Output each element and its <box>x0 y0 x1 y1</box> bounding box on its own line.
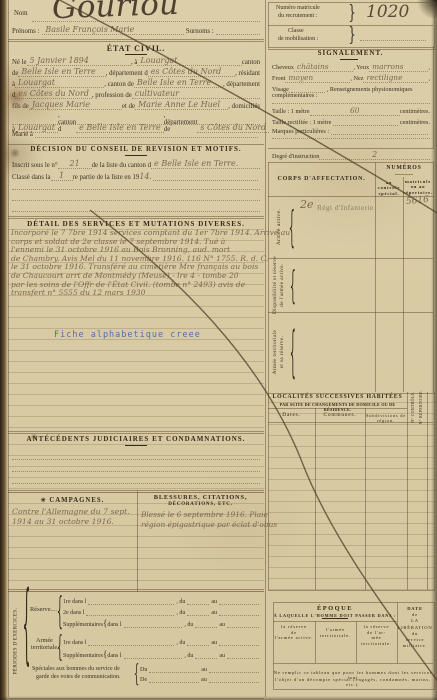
printed-text: Classé dans la <box>12 174 51 181</box>
dotted-line <box>124 619 183 628</box>
prenoms-label: Prénoms : <box>12 28 39 35</box>
dotted-line <box>227 650 259 659</box>
prenoms-value: Basile François Marie <box>42 26 137 35</box>
territoriale-label-1: Armée territoriale <box>272 330 278 375</box>
brace: { <box>290 320 296 384</box>
dotted-line <box>12 483 260 484</box>
printed-text: Taille : 1 mètre <box>272 109 310 116</box>
side-col-controle: N° CONTRÔLE. <box>411 391 415 422</box>
decision-line2: Classé dans la 1 re partie de la liste e… <box>12 172 260 181</box>
disponibilite-label-1: Disponibilité et réserve <box>272 256 278 314</box>
etat-civil-title: ÉTAT CIVIL. <box>8 44 264 53</box>
corps-row-divider <box>268 312 433 313</box>
hand-text: rectiligne <box>363 74 428 83</box>
printed-text: Inscrit sous le n° <box>12 162 58 169</box>
dotted-line <box>216 26 260 35</box>
col-controle-header: au contrôle spécial. <box>375 180 403 196</box>
printed-text: , domiciliés <box>228 103 260 110</box>
col-dates: Dates. <box>268 412 315 418</box>
corps-header: CORPS D'AFFECTATION. <box>268 176 375 182</box>
dotted-line <box>153 172 258 181</box>
dotted-line <box>333 117 398 126</box>
printed-text: , <box>428 65 430 72</box>
services-title: DÉTAIL DES SERVICES ET MUTATIONS DIVERSE… <box>8 220 264 228</box>
signalement-front-row: Front moyen , Nez rectiligne , <box>272 74 430 83</box>
services-handwriting: Incorporé le 7 7bre 1914 services compta… <box>11 229 263 298</box>
dotted-line <box>187 637 209 646</box>
dotted-line <box>195 619 217 628</box>
printed-text: l'armée active. <box>273 635 315 641</box>
ornament-rule <box>125 155 147 156</box>
territoriale-row-1: 1re dans l , du au <box>63 637 261 646</box>
signalement-cheveux-row: Cheveux châtains , Yeux marrons , <box>272 63 430 72</box>
surnoms-label: Surnoms : <box>186 28 214 35</box>
periodes-side-label: PÉRIODES D'EXERCICES. <box>14 608 19 675</box>
ornament-rule <box>125 54 147 55</box>
printed-text: dans l <box>107 653 121 659</box>
hand-text: 14 <box>139 173 149 181</box>
printed-text: contrôle <box>375 185 403 190</box>
military-record-sheet: Nom Gouriou Prénoms : Basile François Ma… <box>0 0 437 700</box>
printed-text: spécial. <box>375 191 403 196</box>
etat-civil-line4: d es Côtes du Nord , profession de culti… <box>12 90 260 99</box>
dotted-line <box>227 619 259 628</box>
active-entry-num: 2e <box>300 198 314 211</box>
marques-row: Marques particulières : <box>272 126 430 135</box>
reserve-label: Réserve.... <box>30 606 57 613</box>
printed-text: , canton de <box>104 81 134 88</box>
dotted-line <box>219 637 259 646</box>
speciales-row-1: Du au <box>140 664 261 673</box>
printed-text: fils de <box>12 103 29 110</box>
col-communes: Communes. <box>315 412 365 418</box>
localites-title: LOCALITÉS SUCCESSIVES HABITÉES <box>268 394 407 400</box>
dotted-line <box>187 607 209 616</box>
territoriale-label-2: territoriale. <box>31 644 59 651</box>
printed-text: mée territoriale. <box>356 635 397 646</box>
nom-label: Nom <box>14 10 28 17</box>
localites-v3 <box>407 392 408 590</box>
brace: { <box>57 589 63 632</box>
dotted-line <box>219 596 259 605</box>
hand-text: cultivateur <box>132 90 260 99</box>
brace: { <box>134 660 140 689</box>
dotted-line <box>187 596 209 605</box>
epoque-col1: la réserve de l'armée active. <box>273 624 315 641</box>
dotted-line <box>272 138 430 139</box>
printed-text: au <box>219 653 225 659</box>
printed-text: , du <box>184 622 193 628</box>
brace: { <box>290 263 296 308</box>
brace: } <box>348 24 355 47</box>
dotted-line <box>209 664 259 673</box>
printed-text: de la liste du canton d <box>92 162 151 169</box>
printed-text: au <box>219 622 225 628</box>
dotted-line <box>12 200 260 201</box>
printed-text: répertoire. <box>403 190 433 195</box>
marie-row: Marié à <box>12 129 260 138</box>
hand-text: moyen <box>285 74 350 83</box>
date-liberation-col: DATE de LA LIBÉRATION du service militai… <box>397 606 433 649</box>
printed-text: 2e dans l <box>63 610 84 616</box>
printed-text: , profession de <box>92 92 132 99</box>
territoriale-row-suppl: Supplémentaires { dans l , du au <box>63 650 261 659</box>
printed-text: au <box>211 640 217 646</box>
brace: { <box>57 630 63 664</box>
hand-text: 60 <box>310 107 400 116</box>
col-subdivisions: Subdivisions de région. <box>365 413 407 423</box>
printed-text: , <box>428 76 430 83</box>
printed-text: Du <box>140 667 147 673</box>
printer-ornament: ✳ <box>41 498 47 504</box>
printed-text: , résidant <box>235 70 260 77</box>
printed-text: au <box>211 599 217 605</box>
decision-title: DÉCISION DU CONSEIL DE REVISION ET MOTIF… <box>8 145 264 153</box>
printed-text: , du <box>176 640 185 646</box>
alphabetic-card-stamp: Fiche alphabetique creee <box>54 330 201 340</box>
printed-text: , Renseignements physionomiques <box>327 87 413 94</box>
printed-text: Supplémentaires <box>63 622 103 628</box>
printed-text: , du <box>176 610 185 616</box>
localites-v4 <box>427 392 428 590</box>
epoque-col2: l'armée territoriale. <box>315 627 356 638</box>
decision-line1: Inscrit sous le n° 21 de la liste du can… <box>12 160 260 169</box>
hand-text: 5 Janvier 1894 <box>27 57 131 66</box>
hand-text: 1 <box>51 172 73 181</box>
dotted-line <box>86 607 174 616</box>
dotted-line <box>12 471 260 472</box>
etat-civil-line5: fils de Jacques Marie et de Marie Anne L… <box>12 101 260 110</box>
campagnes-title-text: CAMPAGNES. <box>49 497 104 504</box>
printed-text: au <box>201 667 207 673</box>
printed-text: 1re dans l <box>63 640 86 646</box>
hand-line: Blessé le 6 septembre 1916. Plaie <box>141 510 268 519</box>
etat-civil-line3: à Louargat , canton de Belle Isle en Ter… <box>12 79 260 88</box>
side-col-repertoire: N° RÉPERTOIRE. <box>419 390 423 424</box>
campagnes-title: ✳ CAMPAGNES. <box>8 497 137 504</box>
epoque-title: ÉPOQUE <box>273 605 397 612</box>
hand-text: Louargat <box>15 79 104 88</box>
dotted-line <box>331 126 428 135</box>
printed-text: De <box>140 677 147 683</box>
matricule-value: 1020 <box>366 2 409 22</box>
etat-civil-line1: Né le 5 Janvier 1894 , à Louargat canton <box>12 57 260 66</box>
printed-text: dans l <box>107 622 121 628</box>
territoriale-label-2: et sa réserve. <box>279 336 285 369</box>
printed-text: centimètres. <box>400 109 430 116</box>
hand-text: Jacques Marie <box>29 101 122 110</box>
disponibilite-label-2: de l'armée active. <box>279 263 285 306</box>
numeros-sub-divider <box>403 177 404 392</box>
active-entry: Régt d'Infanterie <box>317 204 374 212</box>
printed-text: , département d <box>106 70 148 77</box>
printed-text: , département <box>223 81 260 88</box>
printed-text: , Yeux <box>353 65 369 72</box>
hand-text: es Côtes du Nord <box>15 90 92 99</box>
campagnes-cell <box>8 490 138 592</box>
hand-text: es Côtes du Nord <box>148 68 235 77</box>
hand-text: Belle Isle en Terre <box>18 68 105 77</box>
dotted-line <box>12 459 260 460</box>
dotted-line <box>12 189 260 190</box>
dotted-line <box>149 664 199 673</box>
epoque-note-2: l'objet d'un décompte spécial (engagés, … <box>273 677 433 687</box>
dotted-line <box>149 674 199 683</box>
dotted-line <box>88 596 174 605</box>
ornament-rule <box>125 445 147 446</box>
localites-header-bottom <box>268 422 433 423</box>
dotted-line <box>209 674 259 683</box>
armee-active-label: Armée active. <box>276 209 282 246</box>
dotted-line <box>195 650 217 659</box>
printed-text: , du <box>184 653 193 659</box>
hand-text: e Belle Isle en Terre. <box>151 160 260 169</box>
brace: } <box>348 2 355 25</box>
hand-line: Contre l'Allemagne du 7 sept. <box>12 507 130 516</box>
complementaires-label: complémentaires : <box>272 92 318 99</box>
reserve-row-suppl: Supplémentaires { dans l , du au <box>63 619 261 628</box>
instruction-label: Degré d'instruction <box>272 154 319 161</box>
printed-text: 1re dans l <box>63 599 86 605</box>
localites-v2 <box>365 408 366 590</box>
dotted-line <box>360 40 426 41</box>
left-spine-shadow <box>0 0 8 700</box>
hand-text: marrons <box>369 63 428 72</box>
classe-label-1: Classe <box>288 28 304 34</box>
printed-text: service militaire. <box>397 637 433 649</box>
dotted-line <box>219 607 259 616</box>
reserve-row-2: 2e dans l , du au <box>63 607 261 616</box>
printed-text: Front <box>272 76 285 83</box>
prenoms-row: Prénoms : Basile François Marie Surnoms … <box>12 26 262 35</box>
nom-signature: Gouriou <box>51 0 179 26</box>
instruction-value: 2 <box>319 151 430 160</box>
brace: { <box>22 578 30 677</box>
classe-label-2: de mobilisation : <box>278 36 318 42</box>
hand-text: Marie Anne Le Huel <box>135 101 228 110</box>
taille-rectifiee-row: Taille rectifiée : 1 mètre centimètres. <box>272 117 430 126</box>
printed-text: au <box>201 677 207 683</box>
epoque-col3: la réserve de l'ar- mée territoriale. <box>356 624 397 646</box>
printed-text: et de <box>122 103 135 110</box>
speciales-row-2: De au <box>140 674 261 683</box>
taille-row: Taille : 1 mètre 60 centimètres. <box>272 107 430 116</box>
hand-text: 21 <box>58 160 92 169</box>
numeros-underline <box>395 174 413 175</box>
etat-civil-line2: de Belle Isle en Terre , département d e… <box>12 68 260 77</box>
dotted-line <box>35 129 258 138</box>
matricule-label-2: du recrutement : <box>278 13 317 19</box>
printed-text: Né le <box>12 59 27 66</box>
antecedents-title: ANTÉCÉDENTS JUDICIAIRES ET CONDAMNATIONS… <box>8 435 264 443</box>
dotted-line <box>124 650 183 659</box>
blessures-title-1: BLESSURES, CITATIONS, <box>137 494 264 501</box>
hand-line: transfert n° 5555 du 12 mars 1930 <box>11 289 263 298</box>
reserve-row-1: 1re dans l , du au <box>63 596 261 605</box>
speciales-label-2: garde des voies de communication. <box>36 674 120 680</box>
printed-text: . <box>150 174 152 181</box>
hand-text: Louargat <box>137 57 241 66</box>
blessures-title-2: DÉCORATIONS, ETC. <box>137 502 264 507</box>
instruction-row: Degré d'instruction 2 <box>272 151 430 160</box>
speciales-label-1: Spéciales aux hommes du service de <box>32 666 120 672</box>
dotted-line <box>32 21 260 22</box>
localites-header-divider <box>268 408 407 409</box>
epoque-header-divider <box>273 621 397 622</box>
localites-subtitle: PAR SUITE DE CHANGEMENTS DE DOMICILE OU … <box>268 402 407 412</box>
corps-row-divider <box>268 258 433 259</box>
printed-text: canton <box>242 59 260 66</box>
epoque-body-divider <box>273 663 433 664</box>
printed-text: LA LIBÉRATION <box>397 618 433 630</box>
signalement-title: SIGNALEMENT. <box>268 49 433 57</box>
localites-v1 <box>315 408 316 590</box>
dotted-line <box>272 103 430 104</box>
printed-text: , du <box>176 599 185 605</box>
hand-text: châtains <box>294 63 353 72</box>
dotted-line <box>88 637 174 646</box>
matricule-label-1: Numéro matricule <box>276 5 320 11</box>
hand-text: Belle Isle en Terre <box>134 79 223 88</box>
dotted-line <box>12 211 260 212</box>
brace: { <box>289 202 295 252</box>
hand-line: région épigastrique par éclat d'obus <box>141 520 277 529</box>
printed-text: , Nez <box>350 76 363 83</box>
hand-line: 1914 au 31 octobre 1916. <box>12 517 114 526</box>
territoriale-label-1: Armée <box>36 637 53 644</box>
ornament-rule <box>322 618 348 619</box>
col-matricule-header: matricule ou au répertoire. <box>403 179 433 195</box>
printed-text: Marques particulières : <box>272 129 329 136</box>
numeros-header: NUMÉROS <box>375 165 433 171</box>
marie-label: Marié à <box>12 131 33 138</box>
printed-text: Cheveux <box>272 65 294 72</box>
dotted-line <box>139 26 183 35</box>
dotted-line <box>12 124 260 125</box>
printed-text: re partie de la liste en 19 <box>73 174 140 181</box>
printed-text: au <box>211 610 217 616</box>
ornament-rule <box>340 59 358 60</box>
printed-text: Supplémentaires <box>63 653 103 659</box>
printed-text: territoriale. <box>315 633 356 639</box>
